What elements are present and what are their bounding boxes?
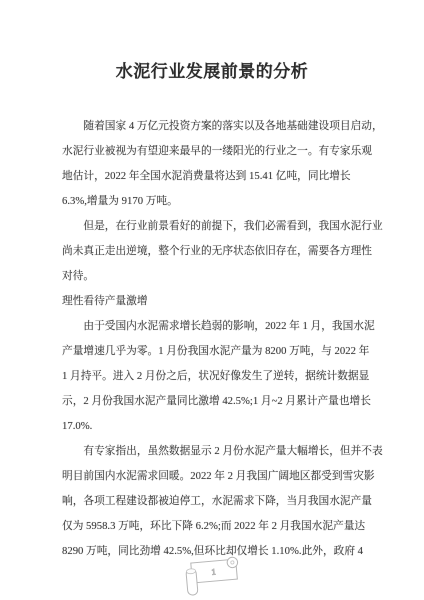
text-line: 对待。 [62, 264, 364, 289]
paragraph: 有专家指出，虽然数据显示 2 月份水泥产量大幅增长，但并不表明目前国内水泥需求回… [62, 439, 364, 564]
text-line: 示，2 月份我国水泥产量同比激增 42.5%;1 月~2 月累计产量也增长 [62, 389, 364, 414]
text-line: 明目前国内水泥需求回暖。2022 年 2 月我国广阔地区都受到雪灾影 [62, 464, 364, 489]
document-body: 随着国家 4 万亿元投资方案的落实以及各地基础建设项目启动，水泥行业被视为有望迎… [62, 114, 364, 564]
text-line: 17.0%. [62, 414, 364, 439]
text-line: 但是，在行业前景看好的前提下，我们必需看到，我国水泥行业 [62, 214, 364, 239]
page-number-footer: 1 [183, 553, 247, 599]
scroll-page-number-icon: 1 [183, 553, 247, 599]
text-line: 尚未真正走出逆境，整个行业的无序状态依旧存在，需要各方理性 [62, 239, 364, 264]
text-line: 地估计，2022 年全国水泥消费量将达到 15.41 亿吨，同比增长 [62, 164, 364, 189]
paragraph: 由于受国内水泥需求增长趋弱的影响，2022 年 1 月，我国水泥产量增速几乎为零… [62, 314, 364, 439]
text-line: 6.3%,增量为 9170 万吨。 [62, 189, 364, 214]
text-line: 仅为 5958.3 万吨，环比下降 6.2%;而 2022 年 2 月我国水泥产… [62, 514, 364, 539]
scroll-curl [227, 557, 238, 568]
text-line: 有专家指出，虽然数据显示 2 月份水泥产量大幅增长，但并不表 [62, 439, 364, 464]
text-line: 由于受国内水泥需求增长趋弱的影响，2022 年 1 月，我国水泥 [62, 314, 364, 339]
document-title: 水泥行业发展前景的分析 [0, 0, 424, 84]
text-line: 随着国家 4 万亿元投资方案的落实以及各地基础建设项目启动， [62, 114, 364, 139]
section-heading-text: 理性看待产量激增 [62, 289, 364, 314]
document-page: 水泥行业发展前景的分析 随着国家 4 万亿元投资方案的落实以及各地基础建设项目启… [0, 0, 424, 600]
section-heading: 理性看待产量激增 [62, 289, 364, 314]
page-number: 1 [211, 566, 216, 576]
paragraph: 随着国家 4 万亿元投资方案的落实以及各地基础建设项目启动，水泥行业被视为有望迎… [62, 114, 364, 214]
text-line: 产量增速几乎为零。1 月份我国水泥产量为 8200 万吨，与 2022 年 [62, 339, 364, 364]
text-line: 响，各项工程建设都被迫停工，水泥需求下降，当月我国水泥产量 [62, 489, 364, 514]
text-line: 水泥行业被视为有望迎来最早的一缕阳光的行业之一。有专家乐观 [62, 139, 364, 164]
text-line: 1 月持平。进入 2 月份之后，状况好像发生了逆转，据统计数据显 [62, 364, 364, 389]
paragraph: 但是，在行业前景看好的前提下，我们必需看到，我国水泥行业尚未真正走出逆境，整个行… [62, 214, 364, 289]
